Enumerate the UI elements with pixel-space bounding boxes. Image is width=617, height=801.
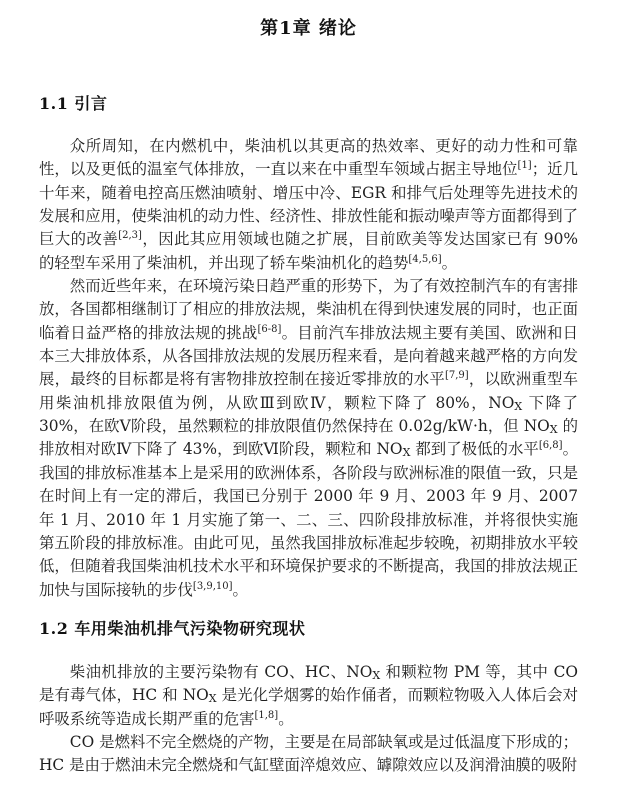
section-pollutants: 1.2 车用柴油机排气污染物研究现状 柴油机排放的主要污染物有 CO、HC、NO…	[39, 616, 578, 778]
paragraph-pollutants-1: 柴油机排放的主要污染物有 CO、HC、NOX 和颗粒物 PM 等，其中 CO 是…	[39, 661, 578, 731]
section-introduction: 1.1 引言 众所周知，在内燃机中，柴油机以其更高的热效率、更好的动力性和可靠性…	[39, 91, 578, 602]
paragraph-intro-1: 众所周知，在内燃机中，柴油机以其更高的热效率、更好的动力性和可靠性，以及更低的温…	[39, 135, 578, 275]
paragraph-intro-2: 然而近些年来，在环境污染日趋严重的形势下，为了有效控制汽车的有害排放，各国都相继…	[39, 275, 578, 602]
section-heading-1-2: 1.2 车用柴油机排气污染物研究现状	[39, 616, 578, 639]
chapter-title: 第1章 绪论	[39, 14, 578, 40]
document-page: 第1章 绪论 1.1 引言 众所周知，在内燃机中，柴油机以其更高的热效率、更好的…	[0, 0, 617, 801]
paragraph-pollutants-2: CO 是燃料不完全燃烧的产物，主要是在局部缺氧或是过低温度下形成的；HC 是由于…	[39, 731, 578, 778]
section-heading-1-1: 1.1 引言	[39, 91, 578, 114]
